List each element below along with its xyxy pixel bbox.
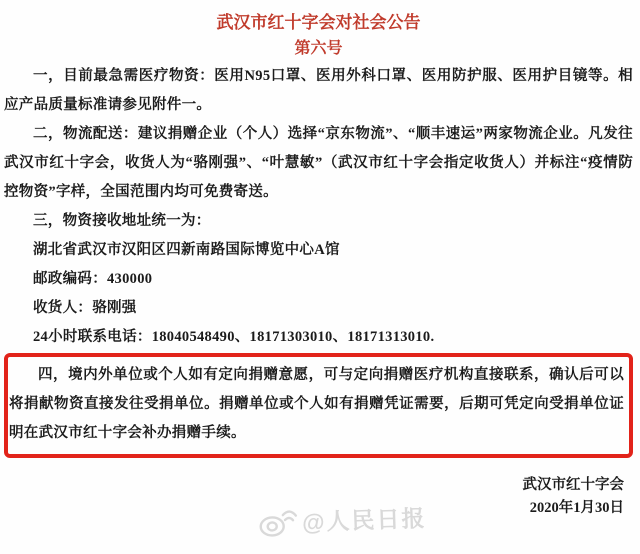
weibo-eye-icon bbox=[257, 504, 298, 539]
paragraph-address-heading: 三，物资接收地址统一为： bbox=[4, 207, 633, 236]
watermark: @人民日报 bbox=[257, 499, 427, 539]
paragraph-logistics: 二，物流配送：建议捐赠企业（个人）选择“京东物流”、“顺丰速运”两家物流企业。凡… bbox=[4, 120, 633, 207]
announcement-document: 武汉市红十字会对社会公告 第六号 一，目前最急需医疗物资：医用N95口罩、医用外… bbox=[0, 0, 640, 554]
highlighted-paragraph-box: 四，境内外单位或个人如有定向捐赠意愿，可与定向捐赠医疗机构直接联系，确认后可以将… bbox=[4, 353, 633, 458]
consignee-line: 收货人：骆刚强 bbox=[4, 294, 633, 323]
doc-title: 武汉市红十字会对社会公告 bbox=[4, 9, 633, 36]
watermark-text: @人民日报 bbox=[301, 500, 427, 537]
postal-code-line: 邮政编码：430000 bbox=[4, 265, 633, 294]
signature-organization: 武汉市红十字会 bbox=[4, 474, 633, 497]
hotline-line: 24小时联系电话：18040548490、18171303010、1817131… bbox=[4, 323, 633, 352]
paragraph-directed-donation: 四，境内外单位或个人如有定向捐赠意愿，可与定向捐赠医疗机构直接联系，确认后可以将… bbox=[9, 361, 624, 448]
address-line: 湖北省武汉市汉阳区四新南路国际博览中心A馆 bbox=[4, 236, 633, 265]
doc-issue-number: 第六号 bbox=[4, 36, 633, 62]
paragraph-medical-supplies: 一，目前最急需医疗物资：医用N95口罩、医用外科口罩、医用防护服、医用护目镜等。… bbox=[4, 62, 633, 120]
